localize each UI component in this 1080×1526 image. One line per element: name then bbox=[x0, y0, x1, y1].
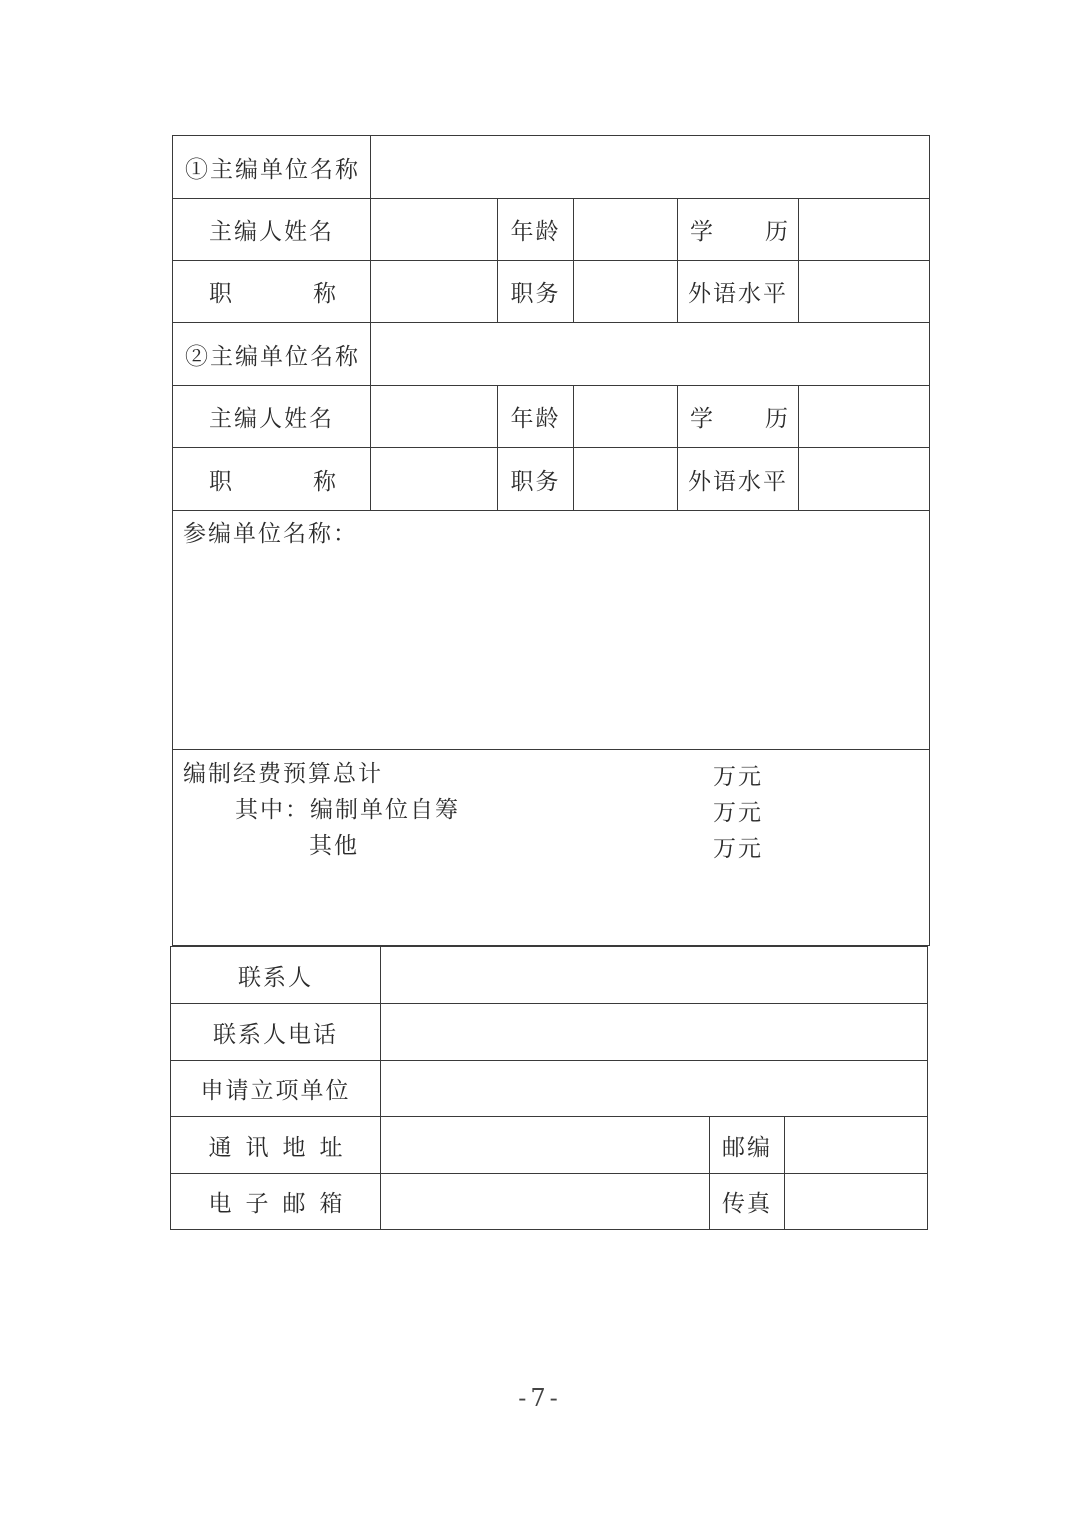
editor-1-education-field[interactable] bbox=[799, 199, 930, 261]
contact-person-row: 联系人 bbox=[171, 947, 928, 1004]
editor-1-name-label: 主编人姓名 bbox=[173, 199, 371, 261]
editor-1-title-label: 职称 bbox=[173, 261, 371, 323]
contact-phone-row: 联系人电话 bbox=[171, 1004, 928, 1061]
editor-2-language-field[interactable] bbox=[799, 448, 930, 511]
contact-person-field[interactable] bbox=[381, 947, 928, 1004]
editor-2-language-label: 外语水平 bbox=[678, 448, 799, 511]
address-field[interactable] bbox=[381, 1117, 710, 1174]
editor-1-name-field[interactable] bbox=[371, 199, 498, 261]
editor-2-age-label: 年龄 bbox=[498, 386, 574, 448]
editor-1-position-label: 职务 bbox=[498, 261, 574, 323]
editor-unit-1-name-row: ①主编单位名称 bbox=[173, 136, 930, 199]
editor-unit-2-name-row: ②主编单位名称 bbox=[173, 323, 930, 386]
contact-phone-field[interactable] bbox=[381, 1004, 928, 1061]
postcode-label: 邮编 bbox=[710, 1117, 785, 1174]
budget-section: 编制经费预算总计 万元 其中：编制单位自筹 万元 其他 万元 bbox=[173, 750, 930, 946]
budget-other-label: 其他 bbox=[309, 827, 359, 860]
document-page: ①主编单位名称 主编人姓名 年龄 学历 职称 职务 外语水平 ②主编单位名称 bbox=[0, 0, 1080, 1526]
editor-2-position-field[interactable] bbox=[574, 448, 678, 511]
email-row: 电子邮箱 传真 bbox=[171, 1174, 928, 1230]
editor-unit-2-name-label: ②主编单位名称 bbox=[173, 323, 371, 386]
page-number: -7- bbox=[0, 1384, 1080, 1412]
fax-label: 传真 bbox=[710, 1174, 785, 1230]
postcode-field[interactable] bbox=[785, 1117, 928, 1174]
editor-1-position-field[interactable] bbox=[574, 261, 678, 323]
editor-1-age-field[interactable] bbox=[574, 199, 678, 261]
editor-1-education-label: 学历 bbox=[678, 199, 799, 261]
budget-row: 编制经费预算总计 万元 其中：编制单位自筹 万元 其他 万元 bbox=[173, 750, 930, 946]
participating-units-field[interactable]: 参编单位名称： bbox=[173, 511, 930, 750]
application-form-table: ①主编单位名称 主编人姓名 年龄 学历 职称 职务 外语水平 ②主编单位名称 bbox=[172, 135, 930, 946]
applicant-unit-row: 申请立项单位 bbox=[171, 1061, 928, 1117]
fax-field[interactable] bbox=[785, 1174, 928, 1230]
contact-table: 联系人 联系人电话 申请立项单位 通讯地址 邮编 电子邮箱 传真 bbox=[170, 946, 928, 1230]
editor-2-title-row: 职称 职务 外语水平 bbox=[173, 448, 930, 511]
applicant-unit-field[interactable] bbox=[381, 1061, 928, 1117]
editor-1-name-row: 主编人姓名 年龄 学历 bbox=[173, 199, 930, 261]
editor-2-education-field[interactable] bbox=[799, 386, 930, 448]
budget-other-unit: 万元 bbox=[713, 830, 763, 863]
editor-1-title-row: 职称 职务 外语水平 bbox=[173, 261, 930, 323]
budget-total-unit: 万元 bbox=[713, 758, 763, 791]
editor-1-title-field[interactable] bbox=[371, 261, 498, 323]
participating-units-row: 参编单位名称： bbox=[173, 511, 930, 750]
editor-2-name-field[interactable] bbox=[371, 386, 498, 448]
contact-person-label: 联系人 bbox=[171, 947, 381, 1004]
address-label: 通讯地址 bbox=[171, 1117, 381, 1174]
email-field[interactable] bbox=[381, 1174, 710, 1230]
editor-unit-1-name-field[interactable] bbox=[371, 136, 930, 199]
email-label: 电子邮箱 bbox=[171, 1174, 381, 1230]
editor-1-age-label: 年龄 bbox=[498, 199, 574, 261]
participating-units-label: 参编单位名称： bbox=[173, 511, 929, 548]
contact-phone-label: 联系人电话 bbox=[171, 1004, 381, 1061]
editor-2-age-field[interactable] bbox=[574, 386, 678, 448]
applicant-unit-label: 申请立项单位 bbox=[171, 1061, 381, 1117]
editor-2-name-label: 主编人姓名 bbox=[173, 386, 371, 448]
editor-unit-1-name-label: ①主编单位名称 bbox=[173, 136, 371, 199]
budget-self-funded-label: 其中：编制单位自筹 bbox=[235, 791, 460, 824]
editor-2-title-label: 职称 bbox=[173, 448, 371, 511]
budget-self-funded-unit: 万元 bbox=[713, 794, 763, 827]
editor-2-position-label: 职务 bbox=[498, 448, 574, 511]
editor-unit-2-name-field[interactable] bbox=[371, 323, 930, 386]
editor-2-title-field[interactable] bbox=[371, 448, 498, 511]
editor-1-language-field[interactable] bbox=[799, 261, 930, 323]
address-row: 通讯地址 邮编 bbox=[171, 1117, 928, 1174]
budget-total-label: 编制经费预算总计 bbox=[183, 755, 383, 788]
editor-1-language-label: 外语水平 bbox=[678, 261, 799, 323]
editor-2-name-row: 主编人姓名 年龄 学历 bbox=[173, 386, 930, 448]
editor-2-education-label: 学历 bbox=[678, 386, 799, 448]
